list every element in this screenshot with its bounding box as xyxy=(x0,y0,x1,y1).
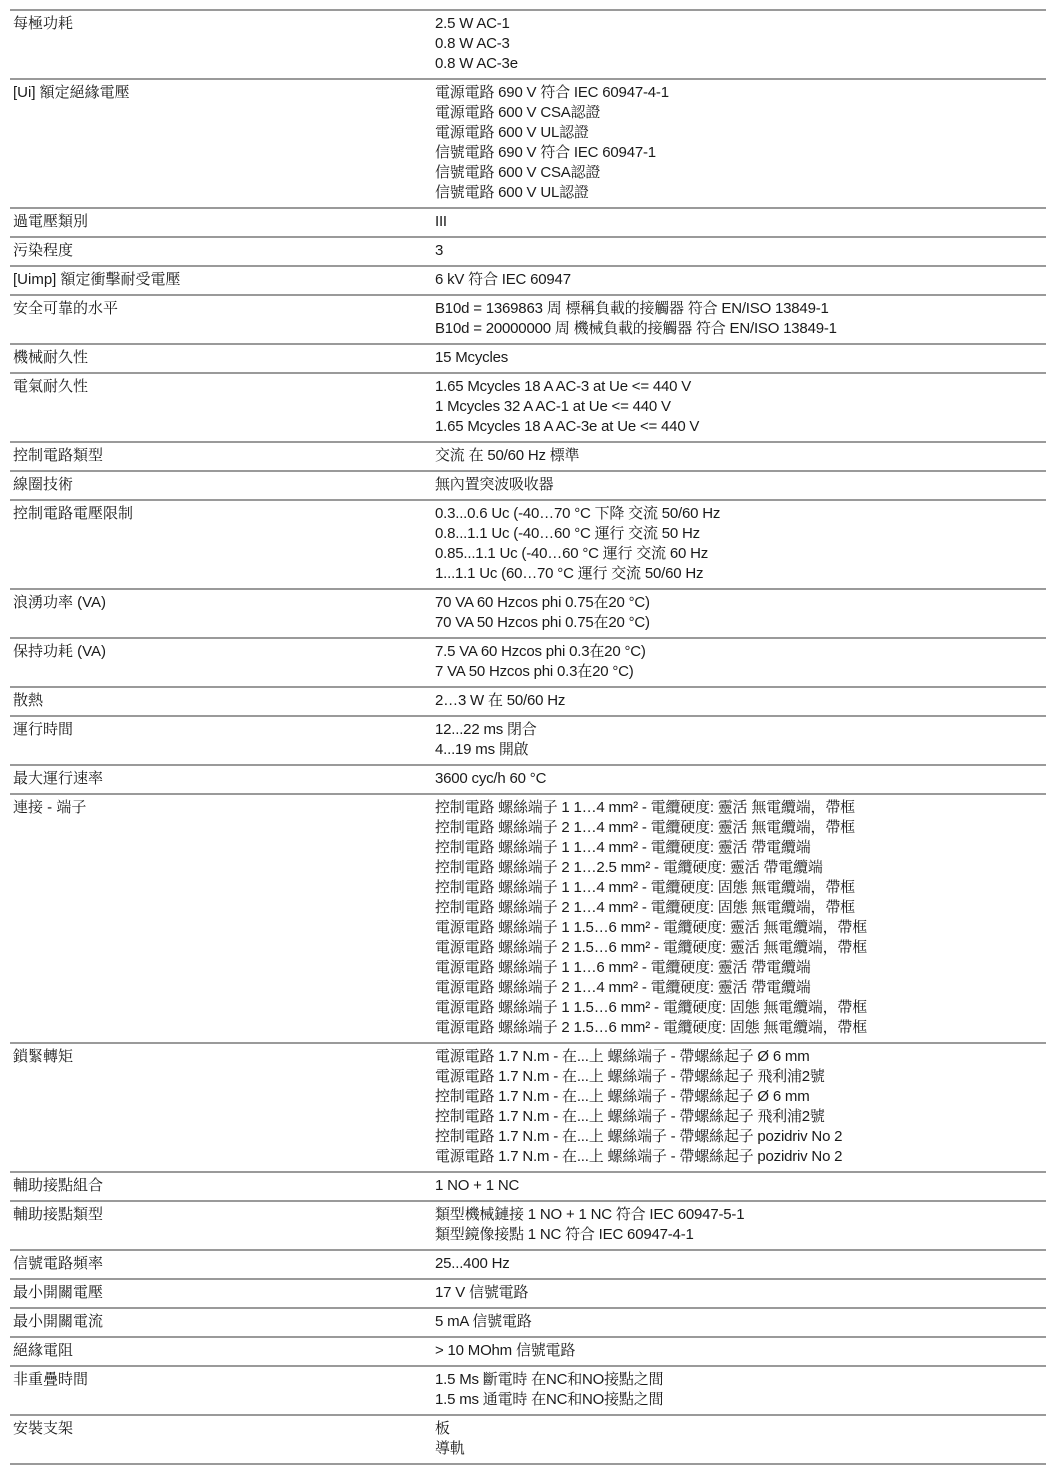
spec-value: 控制電路 1.7 N.m - 在...上 螺絲端子 - 帶螺絲起子 飛利浦2號 xyxy=(435,1107,1046,1127)
spec-value: B10d = 20000000 周 機械負載的接觸器 符合 EN/ISO 138… xyxy=(435,319,1046,339)
spec-value: 控制電路 螺絲端子 2 1…4 mm² - 電纜硬度: 固態 無電纜端，帶框 xyxy=(435,898,1046,918)
spec-value: 6 kV 符合 IEC 60947 xyxy=(435,270,1046,290)
spec-label: [Ui] 額定絕緣電壓 xyxy=(10,83,435,203)
spec-value: 1...1.1 Uc (60…70 °C 運行 交流 50/60 Hz xyxy=(435,564,1046,584)
spec-label: 機械耐久性 xyxy=(10,348,435,368)
spec-value: B10d = 1369863 周 標稱負載的接觸器 符合 EN/ISO 1384… xyxy=(435,299,1046,319)
spec-value: III xyxy=(435,212,1046,232)
spec-value: 控制電路 螺絲端子 1 1…4 mm² - 電纜硬度: 固態 無電纜端，帶框 xyxy=(435,878,1046,898)
spec-value: 電源電路 690 V 符合 IEC 60947-4-1 xyxy=(435,83,1046,103)
spec-values: 類型機械鏈接 1 NO + 1 NC 符合 IEC 60947-5-1類型鏡像接… xyxy=(435,1205,1046,1245)
spec-label: 最小開關電壓 xyxy=(10,1283,435,1303)
spec-label: 線圈技術 xyxy=(10,475,435,495)
spec-value: 1.65 Mcycles 18 A AC-3e at Ue <= 440 V xyxy=(435,417,1046,437)
spec-value: 25...400 Hz xyxy=(435,1254,1046,1274)
spec-row: 非重疊時間1.5 Ms 斷電時 在NC和NO接點之間1.5 ms 通電時 在NC… xyxy=(10,1365,1046,1414)
spec-row: 線圈技術無內置突波吸收器 xyxy=(10,470,1046,499)
spec-values: 3600 cyc/h 60 °C xyxy=(435,769,1046,789)
spec-value: 電源電路 600 V CSA認證 xyxy=(435,103,1046,123)
spec-value: 3 xyxy=(435,241,1046,261)
spec-row: 最大運行速率3600 cyc/h 60 °C xyxy=(10,764,1046,793)
spec-value: 3600 cyc/h 60 °C xyxy=(435,769,1046,789)
spec-value: 板 xyxy=(435,1419,1046,1439)
spec-row: 最小開關電壓17 V 信號電路 xyxy=(10,1278,1046,1307)
spec-value: 信號電路 600 V UL認證 xyxy=(435,183,1046,203)
spec-values: 6 kV 符合 IEC 60947 xyxy=(435,270,1046,290)
spec-label: 安裝支架 xyxy=(10,1419,435,1459)
spec-label: [Uimp] 額定衝擊耐受電壓 xyxy=(10,270,435,290)
spec-label: 電氣耐久性 xyxy=(10,377,435,437)
spec-label: 散熱 xyxy=(10,691,435,711)
spec-row: 安全可靠的水平B10d = 1369863 周 標稱負載的接觸器 符合 EN/I… xyxy=(10,294,1046,343)
spec-row: 連接 - 端子控制電路 螺絲端子 1 1…4 mm² - 電纜硬度: 靈活 無電… xyxy=(10,793,1046,1042)
spec-row: 信號電路頻率25...400 Hz xyxy=(10,1249,1046,1278)
spec-value: 電源電路 螺絲端子 2 1.5…6 mm² - 電纜硬度: 固態 無電纜端，帶框 xyxy=(435,1018,1046,1038)
spec-values: 板導軌 xyxy=(435,1419,1046,1459)
spec-row: 絕緣電阻> 10 MOhm 信號電路 xyxy=(10,1336,1046,1365)
spec-value: 電源電路 螺絲端子 2 1.5…6 mm² - 電纜硬度: 靈活 無電纜端，帶框 xyxy=(435,938,1046,958)
spec-value: 2…3 W 在 50/60 Hz xyxy=(435,691,1046,711)
spec-row: 控制電路類型交流 在 50/60 Hz 標準 xyxy=(10,441,1046,470)
spec-value: 電源電路 600 V UL認證 xyxy=(435,123,1046,143)
spec-value: 控制電路 螺絲端子 1 1…4 mm² - 電纜硬度: 靈活 帶電纜端 xyxy=(435,838,1046,858)
spec-value: 5 mA 信號電路 xyxy=(435,1312,1046,1332)
spec-value: 1.65 Mcycles 18 A AC-3 at Ue <= 440 V xyxy=(435,377,1046,397)
spec-value: 0.8 W AC-3 xyxy=(435,34,1046,54)
spec-values: 15 Mcycles xyxy=(435,348,1046,368)
spec-label: 運行時間 xyxy=(10,720,435,760)
spec-label: 控制電路類型 xyxy=(10,446,435,466)
spec-value: 0.8...1.1 Uc (-40…60 °C 運行 交流 50 Hz xyxy=(435,524,1046,544)
spec-label: 浪湧功率 (VA) xyxy=(10,593,435,633)
spec-values: B10d = 1369863 周 標稱負載的接觸器 符合 EN/ISO 1384… xyxy=(435,299,1046,339)
spec-row: 浪湧功率 (VA)70 VA 60 Hzcos phi 0.75在20 °C)7… xyxy=(10,588,1046,637)
spec-value: 電源電路 螺絲端子 1 1.5…6 mm² - 電纜硬度: 靈活 無電纜端，帶框 xyxy=(435,918,1046,938)
spec-value: 交流 在 50/60 Hz 標準 xyxy=(435,446,1046,466)
spec-value: 控制電路 螺絲端子 2 1…2.5 mm² - 電纜硬度: 靈活 帶電纜端 xyxy=(435,858,1046,878)
spec-row: 過電壓類別III xyxy=(10,207,1046,236)
spec-label: 污染程度 xyxy=(10,241,435,261)
spec-values: 交流 在 50/60 Hz 標準 xyxy=(435,446,1046,466)
spec-values: 1.5 Ms 斷電時 在NC和NO接點之間1.5 ms 通電時 在NC和NO接點… xyxy=(435,1370,1046,1410)
spec-value: 17 V 信號電路 xyxy=(435,1283,1046,1303)
spec-label: 鎖緊轉矩 xyxy=(10,1047,435,1167)
spec-label: 每極功耗 xyxy=(10,14,435,74)
spec-label: 信號電路頻率 xyxy=(10,1254,435,1274)
spec-value: 導軌 xyxy=(435,1439,1046,1459)
spec-value: 電源電路 1.7 N.m - 在...上 螺絲端子 - 帶螺絲起子 pozidr… xyxy=(435,1147,1046,1167)
spec-label: 過電壓類別 xyxy=(10,212,435,232)
spec-row: 輔助接點組合1 NO + 1 NC xyxy=(10,1171,1046,1200)
spec-row: 機械耐久性15 Mcycles xyxy=(10,343,1046,372)
spec-value: 控制電路 1.7 N.m - 在...上 螺絲端子 - 帶螺絲起子 pozidr… xyxy=(435,1127,1046,1147)
spec-value: 0.3...0.6 Uc (-40…70 °C 下降 交流 50/60 Hz xyxy=(435,504,1046,524)
spec-table: 每極功耗2.5 W AC-10.8 W AC-30.8 W AC-3e[Ui] … xyxy=(10,9,1046,1465)
spec-value: 控制電路 1.7 N.m - 在...上 螺絲端子 - 帶螺絲起子 Ø 6 mm xyxy=(435,1087,1046,1107)
spec-row: 電氣耐久性1.65 Mcycles 18 A AC-3 at Ue <= 440… xyxy=(10,372,1046,441)
spec-row: 每極功耗2.5 W AC-10.8 W AC-30.8 W AC-3e xyxy=(10,9,1046,78)
spec-label: 最大運行速率 xyxy=(10,769,435,789)
spec-row: 散熱2…3 W 在 50/60 Hz xyxy=(10,686,1046,715)
spec-value: 控制電路 螺絲端子 2 1…4 mm² - 電纜硬度: 靈活 無電纜端，帶框 xyxy=(435,818,1046,838)
spec-value: 信號電路 600 V CSA認證 xyxy=(435,163,1046,183)
spec-values: 控制電路 螺絲端子 1 1…4 mm² - 電纜硬度: 靈活 無電纜端，帶框控制… xyxy=(435,798,1046,1038)
spec-value: 信號電路 690 V 符合 IEC 60947-1 xyxy=(435,143,1046,163)
spec-value: 70 VA 60 Hzcos phi 0.75在20 °C) xyxy=(435,593,1046,613)
spec-values: III xyxy=(435,212,1046,232)
spec-value: 7 VA 50 Hzcos phi 0.3在20 °C) xyxy=(435,662,1046,682)
spec-value: 1.5 ms 通電時 在NC和NO接點之間 xyxy=(435,1390,1046,1410)
spec-values: 5 mA 信號電路 xyxy=(435,1312,1046,1332)
spec-values: 17 V 信號電路 xyxy=(435,1283,1046,1303)
spec-row: 最小開關電流5 mA 信號電路 xyxy=(10,1307,1046,1336)
spec-row: [Uimp] 額定衝擊耐受電壓6 kV 符合 IEC 60947 xyxy=(10,265,1046,294)
spec-label: 安全可靠的水平 xyxy=(10,299,435,339)
spec-value: 控制電路 螺絲端子 1 1…4 mm² - 電纜硬度: 靈活 無電纜端，帶框 xyxy=(435,798,1046,818)
spec-label: 絕緣電阻 xyxy=(10,1341,435,1361)
spec-values: 70 VA 60 Hzcos phi 0.75在20 °C)70 VA 50 H… xyxy=(435,593,1046,633)
spec-values: 2.5 W AC-10.8 W AC-30.8 W AC-3e xyxy=(435,14,1046,74)
spec-value: 電源電路 螺絲端子 1 1.5…6 mm² - 電纜硬度: 固態 無電纜端，帶框 xyxy=(435,998,1046,1018)
spec-value: 15 Mcycles xyxy=(435,348,1046,368)
spec-label: 最小開關電流 xyxy=(10,1312,435,1332)
spec-values: 2…3 W 在 50/60 Hz xyxy=(435,691,1046,711)
spec-row: [Ui] 額定絕緣電壓電源電路 690 V 符合 IEC 60947-4-1電源… xyxy=(10,78,1046,207)
spec-value: 無內置突波吸收器 xyxy=(435,475,1046,495)
spec-value: 2.5 W AC-1 xyxy=(435,14,1046,34)
spec-values: 1.65 Mcycles 18 A AC-3 at Ue <= 440 V1 M… xyxy=(435,377,1046,437)
spec-value: 類型機械鏈接 1 NO + 1 NC 符合 IEC 60947-5-1 xyxy=(435,1205,1046,1225)
spec-row: 控制電路電壓限制0.3...0.6 Uc (-40…70 °C 下降 交流 50… xyxy=(10,499,1046,588)
spec-values: 0.3...0.6 Uc (-40…70 °C 下降 交流 50/60 Hz0.… xyxy=(435,504,1046,584)
spec-value: > 10 MOhm 信號電路 xyxy=(435,1341,1046,1361)
spec-label: 控制電路電壓限制 xyxy=(10,504,435,584)
spec-label: 非重疊時間 xyxy=(10,1370,435,1410)
spec-value: 0.8 W AC-3e xyxy=(435,54,1046,74)
spec-value: 電源電路 1.7 N.m - 在...上 螺絲端子 - 帶螺絲起子 Ø 6 mm xyxy=(435,1047,1046,1067)
spec-label: 輔助接點組合 xyxy=(10,1176,435,1196)
spec-value: 電源電路 螺絲端子 2 1…4 mm² - 電纜硬度: 靈活 帶電纜端 xyxy=(435,978,1046,998)
spec-row: 污染程度3 xyxy=(10,236,1046,265)
spec-values: 25...400 Hz xyxy=(435,1254,1046,1274)
spec-row: 鎖緊轉矩電源電路 1.7 N.m - 在...上 螺絲端子 - 帶螺絲起子 Ø … xyxy=(10,1042,1046,1171)
spec-row: 安裝支架板導軌 xyxy=(10,1414,1046,1465)
spec-label: 保持功耗 (VA) xyxy=(10,642,435,682)
spec-values: 3 xyxy=(435,241,1046,261)
spec-value: 12...22 ms 閉合 xyxy=(435,720,1046,740)
spec-value: 1 NO + 1 NC xyxy=(435,1176,1046,1196)
spec-label: 連接 - 端子 xyxy=(10,798,435,1038)
spec-row: 保持功耗 (VA)7.5 VA 60 Hzcos phi 0.3在20 °C)7… xyxy=(10,637,1046,686)
spec-values: 電源電路 690 V 符合 IEC 60947-4-1電源電路 600 V CS… xyxy=(435,83,1046,203)
spec-value: 70 VA 50 Hzcos phi 0.75在20 °C) xyxy=(435,613,1046,633)
spec-row: 輔助接點類型類型機械鏈接 1 NO + 1 NC 符合 IEC 60947-5-… xyxy=(10,1200,1046,1249)
spec-value: 0.85...1.1 Uc (-40…60 °C 運行 交流 60 Hz xyxy=(435,544,1046,564)
spec-value: 4...19 ms 開啟 xyxy=(435,740,1046,760)
spec-value: 類型鏡像接點 1 NC 符合 IEC 60947-4-1 xyxy=(435,1225,1046,1245)
spec-values: 1 NO + 1 NC xyxy=(435,1176,1046,1196)
spec-values: 12...22 ms 閉合4...19 ms 開啟 xyxy=(435,720,1046,760)
spec-values: 7.5 VA 60 Hzcos phi 0.3在20 °C)7 VA 50 Hz… xyxy=(435,642,1046,682)
spec-value: 1.5 Ms 斷電時 在NC和NO接點之間 xyxy=(435,1370,1046,1390)
spec-label: 輔助接點類型 xyxy=(10,1205,435,1245)
spec-row: 運行時間12...22 ms 閉合4...19 ms 開啟 xyxy=(10,715,1046,764)
spec-value: 電源電路 螺絲端子 1 1…6 mm² - 電纜硬度: 靈活 帶電纜端 xyxy=(435,958,1046,978)
spec-value: 7.5 VA 60 Hzcos phi 0.3在20 °C) xyxy=(435,642,1046,662)
spec-values: > 10 MOhm 信號電路 xyxy=(435,1341,1046,1361)
spec-value: 1 Mcycles 32 A AC-1 at Ue <= 440 V xyxy=(435,397,1046,417)
spec-values: 無內置突波吸收器 xyxy=(435,475,1046,495)
spec-values: 電源電路 1.7 N.m - 在...上 螺絲端子 - 帶螺絲起子 Ø 6 mm… xyxy=(435,1047,1046,1167)
spec-value: 電源電路 1.7 N.m - 在...上 螺絲端子 - 帶螺絲起子 飛利浦2號 xyxy=(435,1067,1046,1087)
